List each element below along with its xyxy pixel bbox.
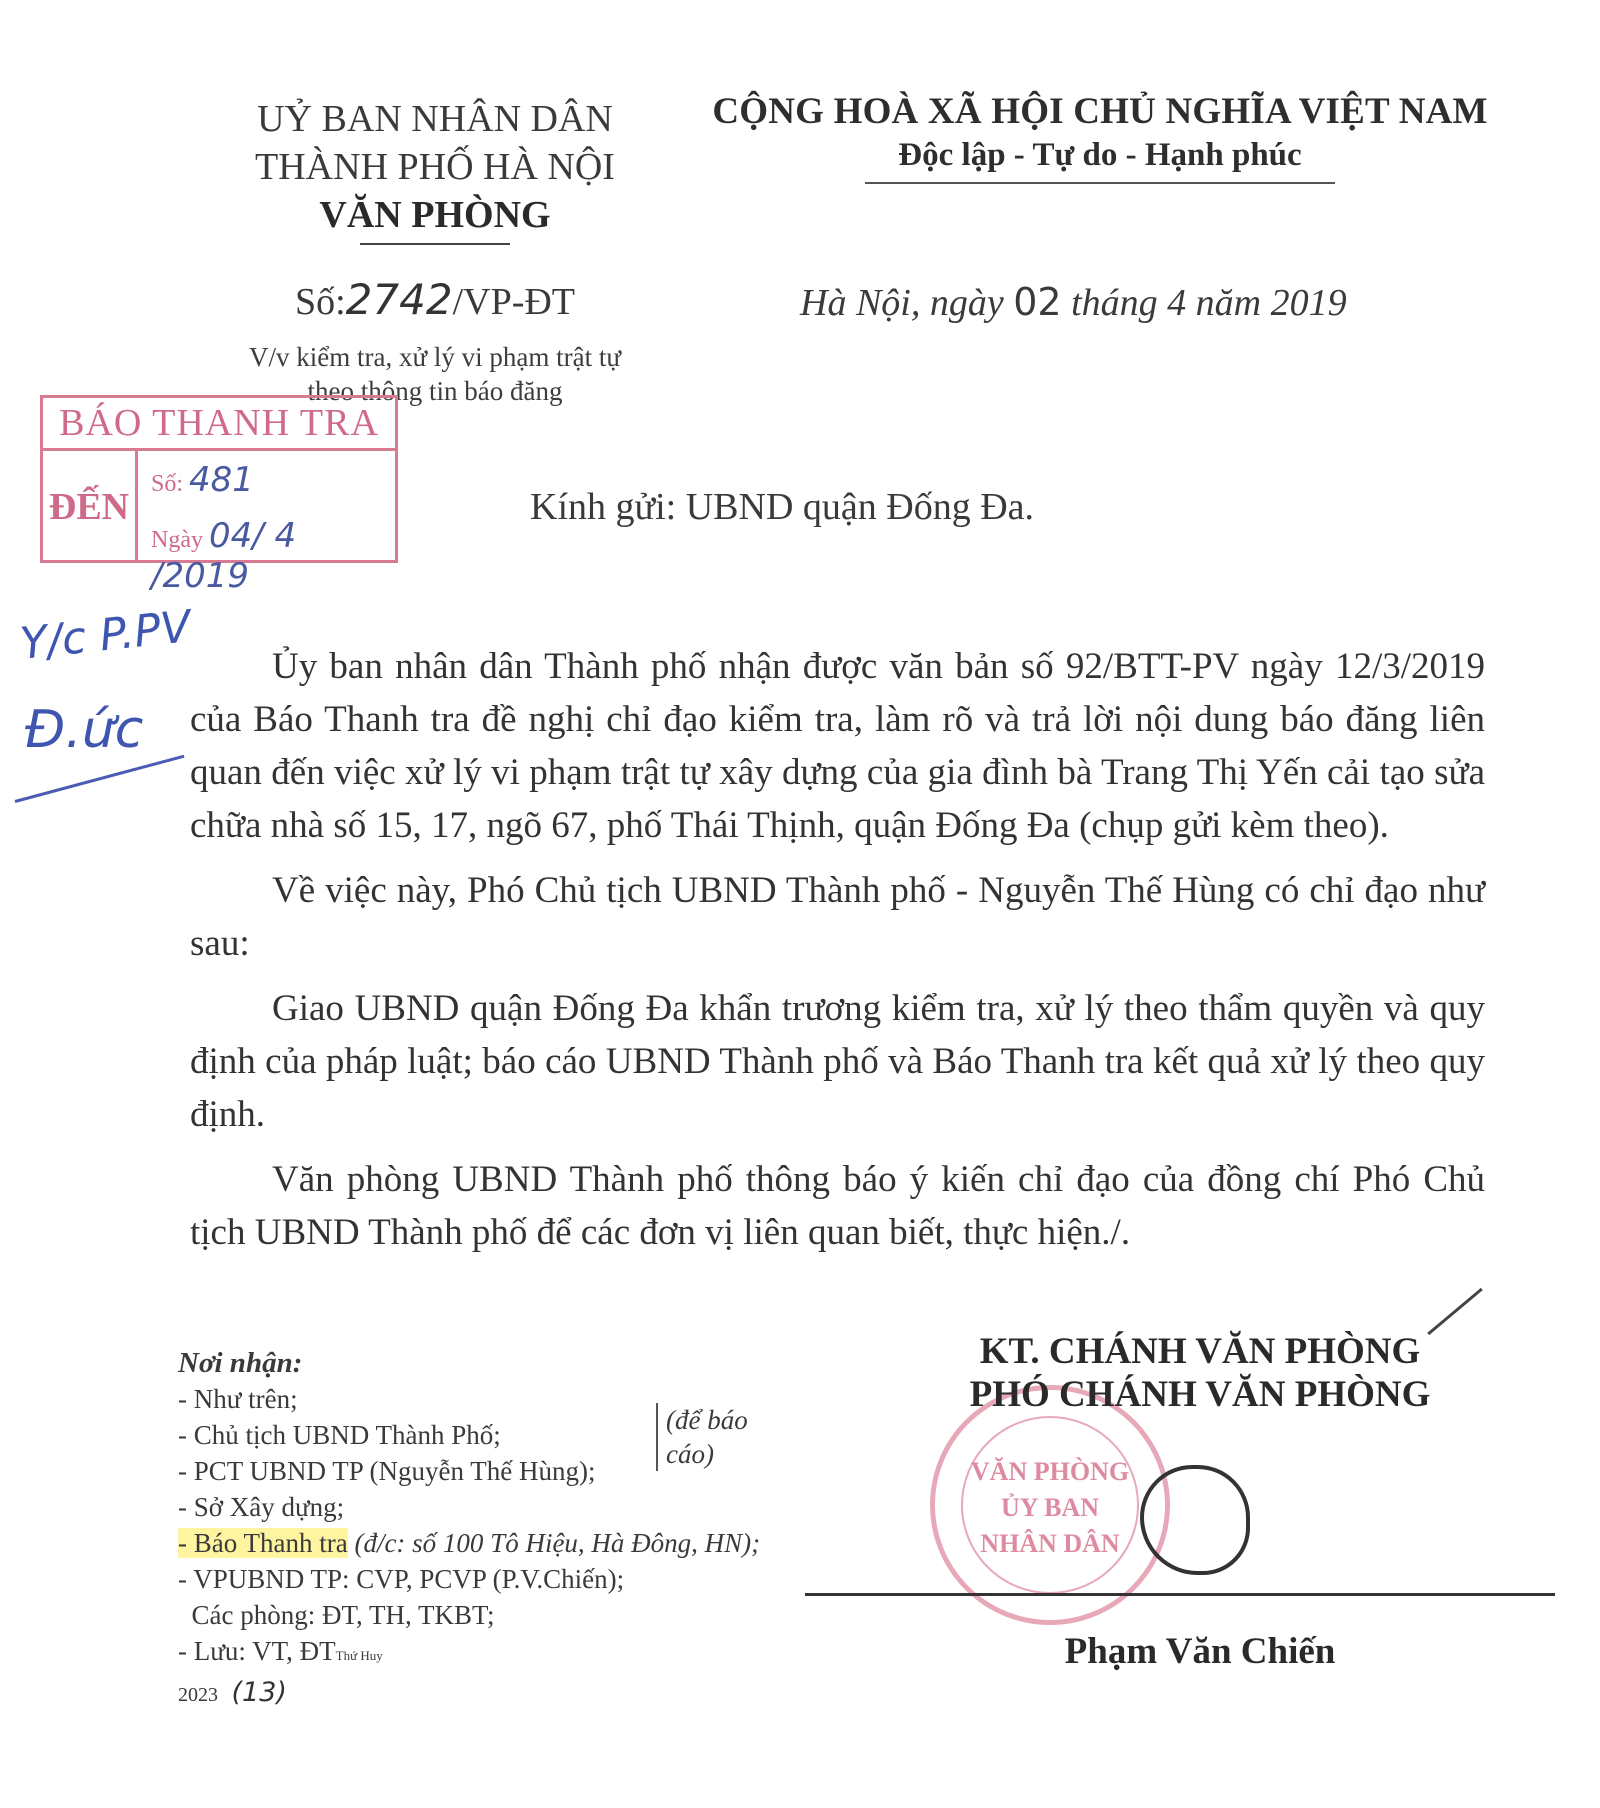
- signature-scribble-icon: [1140, 1465, 1250, 1575]
- body-paragraph: Giao UBND quận Đống Đa khẩn trương kiểm …: [190, 982, 1485, 1141]
- body-paragraph: Văn phòng UBND Thành phố thông báo ý kiế…: [190, 1153, 1485, 1259]
- seal-text-line: VĂN PHÒNG: [963, 1454, 1137, 1490]
- stamp-number-label: Số:: [151, 471, 183, 497]
- stamp-number-field: Số: 481: [151, 460, 254, 500]
- recipients-footer: 2023 (13): [178, 1674, 858, 1713]
- bracket-note: (để báo cáo): [656, 1403, 786, 1471]
- recipient-item: Các phòng: ĐT, TH, TKBT;: [178, 1597, 858, 1633]
- place-and-date: Hà Nội, ngày 02 tháng 4 năm 2019: [800, 280, 1420, 325]
- stamp-date-label: Ngày: [151, 527, 203, 553]
- archive-small-note: Thứ Huy: [336, 1648, 383, 1663]
- date-day-handwritten: 02: [1013, 280, 1061, 324]
- handwritten-stroke: [15, 755, 185, 803]
- recipient-address: (đ/c: số 100 Tô Hiệu, Hà Đông, HN);: [348, 1528, 760, 1558]
- national-title: CỘNG HOÀ XÃ HỘI CHỦ NGHĨA VIỆT NAM Độc l…: [700, 90, 1500, 184]
- signer-capacity: KT. CHÁNH VĂN PHÒNG: [900, 1330, 1500, 1373]
- signer-title: PHÓ CHÁNH VĂN PHÒNG: [900, 1373, 1500, 1416]
- footer-count: (13): [232, 1677, 287, 1708]
- authority-underline: [360, 243, 510, 245]
- doc-number-handwritten: 2742: [346, 275, 453, 324]
- stamp-date-field: Ngày 04/ 4 /2019: [151, 516, 395, 596]
- authority-office: VĂN PHÒNG: [170, 191, 700, 239]
- signer-name: Phạm Văn Chiến: [900, 1630, 1500, 1673]
- recipient-item: - Báo Thanh tra (đ/c: số 100 Tô Hiệu, Hà…: [178, 1525, 858, 1561]
- recipients-title: Nơi nhận:: [178, 1345, 858, 1381]
- recipient-item: - Lưu: VT, ĐTThứ Huy: [178, 1633, 858, 1674]
- handwritten-signature-note: Đ.ức: [25, 700, 143, 760]
- addressee: Kính gửi: UBND quận Đống Đa.: [530, 485, 1034, 529]
- recipients-list: Nơi nhận: - Như trên; - Chủ tịch UBND Th…: [178, 1345, 858, 1713]
- recipient-item: - VPUBND TP: CVP, PCVP (P.V.Chiến);: [178, 1561, 858, 1597]
- seal-inner: VĂN PHÒNG ỦY BAN NHÂN DÂN: [961, 1416, 1139, 1594]
- nation-name: CỘNG HOÀ XÃ HỘI CHỦ NGHĨA VIỆT NAM: [700, 90, 1500, 133]
- footer-year: 2023: [178, 1684, 218, 1706]
- date-month-year: tháng 4 năm 2019: [1062, 282, 1347, 324]
- motto-underline: [865, 182, 1335, 184]
- recipient-item: - Sở Xây dựng;: [178, 1489, 858, 1525]
- national-motto: Độc lập - Tự do - Hạnh phúc: [700, 137, 1500, 174]
- received-stamp: BÁO THANH TRA ĐẾN Số: 481 Ngày 04/ 4 /20…: [40, 395, 398, 563]
- stamp-number-value: 481: [189, 460, 254, 500]
- signature-line: [805, 1593, 1555, 1596]
- seal-text-line: NHÂN DÂN: [963, 1526, 1137, 1562]
- recipient-highlighted: - Báo Thanh tra: [178, 1528, 348, 1558]
- official-seal: VĂN PHÒNG ỦY BAN NHÂN DÂN: [930, 1385, 1170, 1625]
- authority-line-2: THÀNH PHỐ HÀ NỘI: [170, 143, 700, 191]
- seal-text-line: ỦY BAN: [963, 1490, 1137, 1526]
- body-paragraph: Ủy ban nhân dân Thành phố nhận được văn …: [190, 640, 1485, 852]
- doc-number-prefix: Số:: [295, 281, 346, 323]
- document-body: Ủy ban nhân dân Thành phố nhận được văn …: [190, 640, 1485, 1271]
- handwritten-note-1: Y/c P.PV: [18, 601, 193, 670]
- document-number: Số:2742/VP-ĐT: [170, 275, 700, 324]
- authority-line-1: UỶ BAN NHÂN DÂN: [170, 95, 700, 143]
- body-paragraph: Về việc này, Phó Chủ tịch UBND Thành phố…: [190, 864, 1485, 970]
- handwritten-check-icon: [1427, 1288, 1483, 1335]
- signature-block: KT. CHÁNH VĂN PHÒNG PHÓ CHÁNH VĂN PHÒNG: [900, 1330, 1500, 1416]
- stamp-org: BÁO THANH TRA: [43, 398, 395, 451]
- date-prefix: Hà Nội, ngày: [800, 282, 1013, 324]
- stamp-label: ĐẾN: [43, 451, 138, 563]
- archive-label: - Lưu: VT, ĐT: [178, 1636, 336, 1666]
- doc-number-suffix: /VP-ĐT: [453, 281, 575, 323]
- subject-line-1: V/v kiểm tra, xử lý vi phạm trật tự: [150, 340, 720, 374]
- issuing-authority: UỶ BAN NHÂN DÂN THÀNH PHỐ HÀ NỘI VĂN PHÒ…: [170, 95, 700, 245]
